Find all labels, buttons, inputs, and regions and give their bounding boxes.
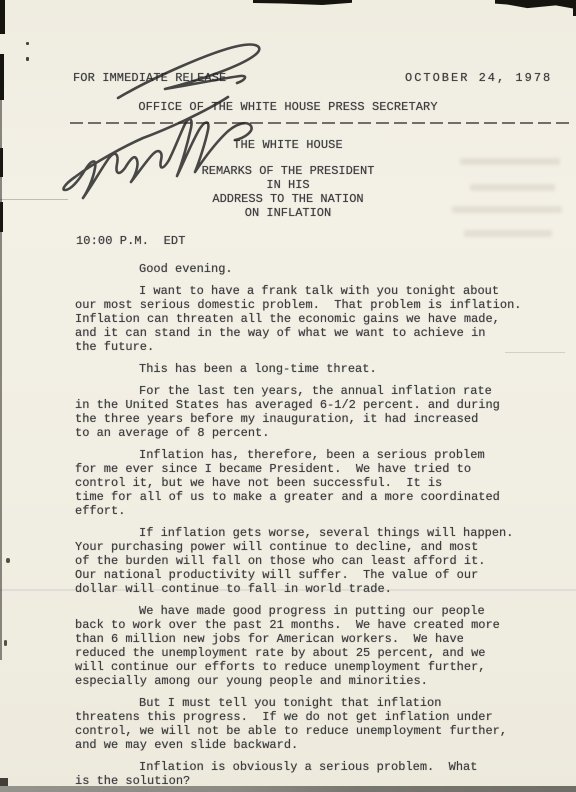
- body-line: reduced the unemployment rate by about 2…: [75, 646, 545, 660]
- scan-edge-mark: [253, 0, 352, 5]
- paper-crease: [505, 352, 565, 353]
- body-line: Our national productivity will suffer. T…: [75, 568, 545, 582]
- paragraph: For the last ten years, the annual infla…: [75, 384, 545, 440]
- body-line: and it can stand in the way of what we w…: [75, 326, 545, 340]
- body-line: time for all of us to make a greater and…: [75, 490, 545, 504]
- paragraph: Good evening.: [75, 262, 545, 276]
- body-line: But I must tell you tonight that inflati…: [75, 696, 545, 710]
- body-line: control, we will not be able to reduce u…: [75, 724, 545, 738]
- bleed-through-smudge: [460, 158, 560, 165]
- body-line: control it, but we have not been success…: [75, 476, 545, 490]
- body-line: for me ever since I became President. We…: [75, 462, 545, 476]
- paragraph: But I must tell you tonight that inflati…: [75, 696, 545, 752]
- scan-edge-mark: [0, 54, 4, 100]
- body-line: the future.: [75, 340, 545, 354]
- scan-speck: [6, 558, 10, 563]
- body-line: If inflation gets worse, several things …: [75, 526, 545, 540]
- body-line: will continue our efforts to reduce unem…: [75, 660, 545, 674]
- body-line: of the burden will fall on those who can…: [75, 554, 545, 568]
- scan-speck: [26, 42, 29, 45]
- bleed-through-smudge: [452, 206, 562, 213]
- body-line: For the last ten years, the annual infla…: [75, 384, 545, 398]
- body-line: I want to have a frank talk with you ton…: [75, 284, 545, 298]
- body-line: in the United States has averaged 6-1/2 …: [75, 398, 545, 412]
- scan-edge-mark: [0, 100, 2, 660]
- scan-bottom-edge: [0, 786, 576, 792]
- body-line: back to work over the past 21 months. We…: [75, 618, 545, 632]
- body-line: effort.: [75, 504, 545, 518]
- paper-crease: [0, 589, 576, 591]
- body-line: to an average of 8 percent.: [75, 426, 545, 440]
- body-line: We have made good progress in putting ou…: [75, 604, 545, 618]
- body-line: Inflation is obviously a serious problem…: [75, 760, 545, 774]
- handwritten-signature-icon: [35, 32, 325, 212]
- scanned-press-release-page: FOR IMMEDIATE RELEASE OCTOBER 24, 1978 O…: [0, 0, 576, 792]
- paragraph: I want to have a frank talk with you ton…: [75, 284, 545, 354]
- body-line: our most serious domestic problem. That …: [75, 298, 545, 312]
- bleed-through-smudge: [464, 230, 552, 237]
- body-line: threatens this progress. If we do not ge…: [75, 710, 545, 724]
- body-line: Inflation can threaten all the economic …: [75, 312, 545, 326]
- document-body: Good evening.I want to have a frank talk…: [75, 262, 545, 792]
- paragraph: This has been a long-time threat.: [75, 362, 545, 376]
- body-line: especially among our young people and mi…: [75, 674, 545, 688]
- scan-edge-mark: [495, 0, 576, 9]
- bleed-through-smudge: [470, 184, 555, 191]
- paragraph: We have made good progress in putting ou…: [75, 604, 545, 688]
- paragraph: Inflation has, therefore, been a serious…: [75, 448, 545, 518]
- scan-edge-mark: [0, 0, 5, 34]
- body-line: Your purchasing power will continue to d…: [75, 540, 545, 554]
- paragraph: Inflation is obviously a serious problem…: [75, 760, 545, 788]
- release-time: 10:00 P.M. EDT: [76, 234, 186, 248]
- paragraph: If inflation gets worse, several things …: [75, 526, 545, 596]
- scan-speck: [4, 640, 7, 646]
- body-line: than 6 million new jobs for American wor…: [75, 632, 545, 646]
- body-line: and we may even slide backward.: [75, 738, 545, 752]
- scan-speck: [26, 57, 29, 61]
- body-line: the three years before my inauguration, …: [75, 412, 545, 426]
- body-line: Inflation has, therefore, been a serious…: [75, 448, 545, 462]
- body-line: This has been a long-time threat.: [75, 362, 545, 376]
- body-line: Good evening.: [75, 262, 545, 276]
- release-date: OCTOBER 24, 1978: [405, 71, 552, 85]
